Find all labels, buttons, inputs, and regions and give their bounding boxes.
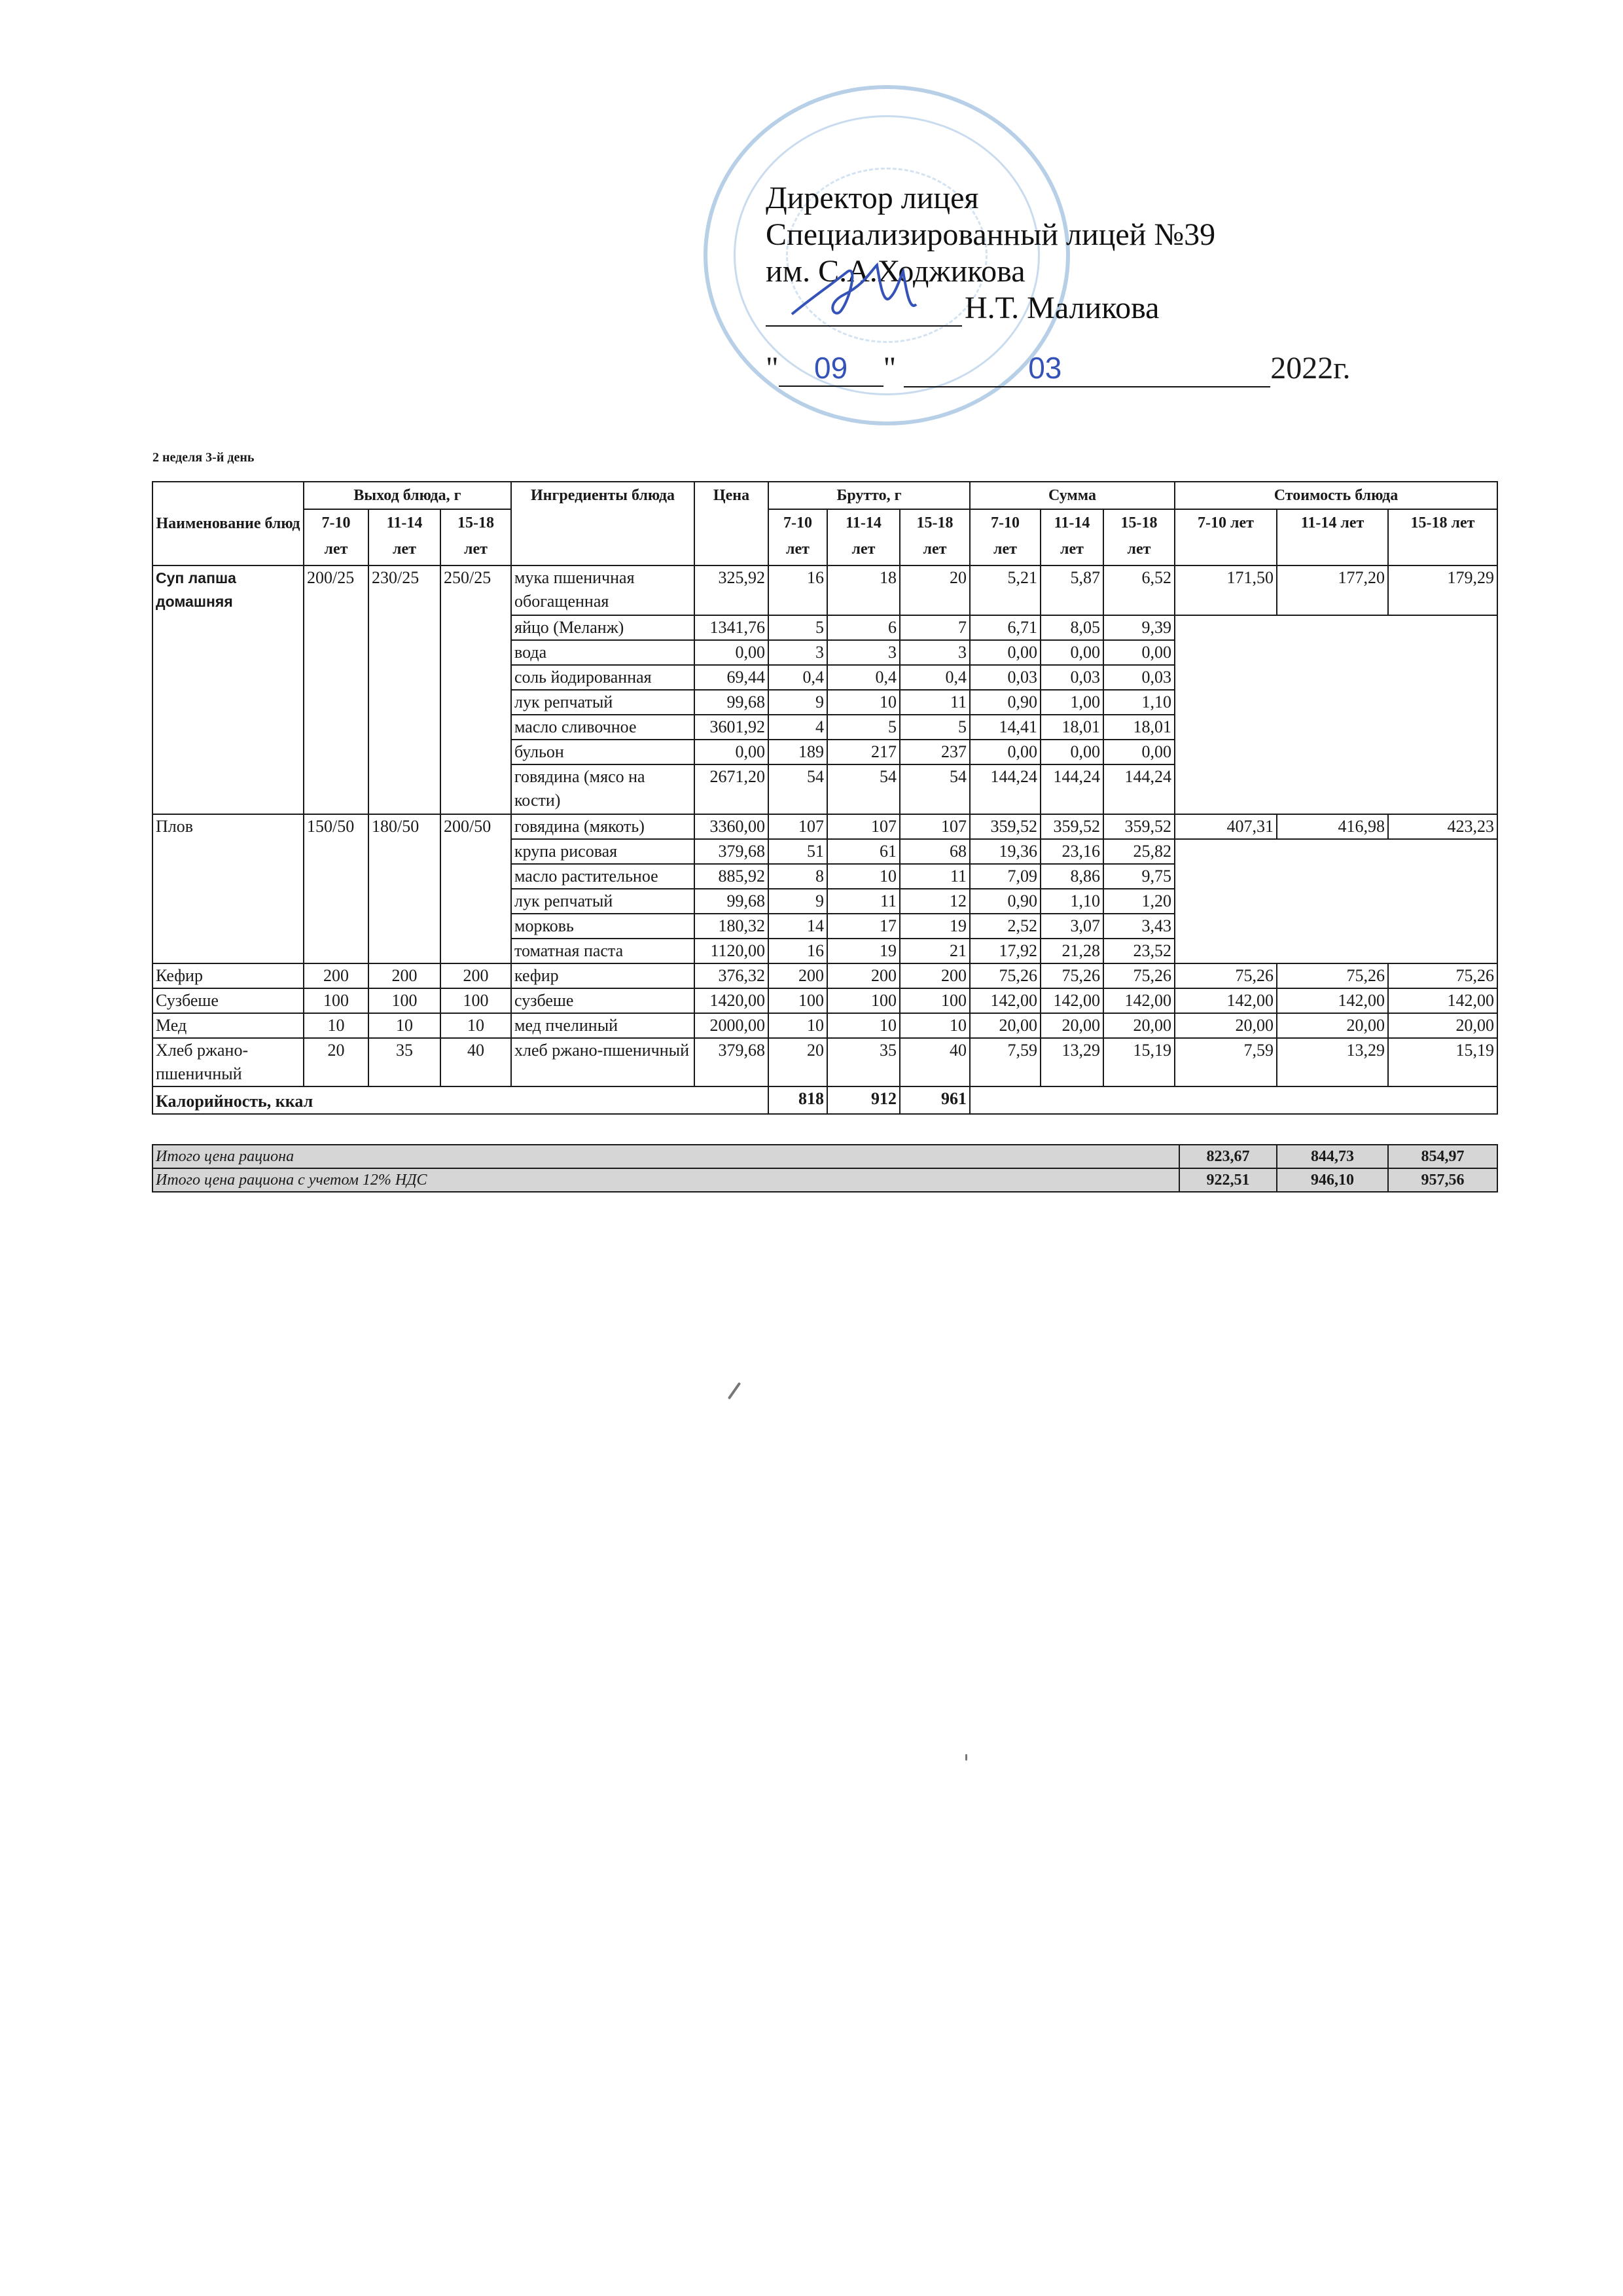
ingredient-brutto: 8	[768, 864, 827, 889]
ingredient-name: морковь	[511, 914, 694, 939]
header-brutto-age-11-14: 11-14 лет	[827, 509, 900, 565]
ingredient-sum: 1,20	[1103, 889, 1175, 914]
ingredient-sum: 144,24	[1041, 764, 1103, 814]
ingredient-price: 885,92	[694, 864, 768, 889]
totals-value: 922,51	[1179, 1168, 1277, 1192]
scan-mark	[965, 1754, 967, 1761]
header-output: Выход блюда, г	[304, 482, 511, 509]
ingredient-brutto: 100	[768, 988, 827, 1013]
ingredient-name: говядина (мясо на кости)	[511, 764, 694, 814]
ingredient-brutto: 107	[900, 814, 970, 839]
ingredient-price: 2671,20	[694, 764, 768, 814]
table-row: Плов150/50180/50200/50говядина (мякоть)3…	[152, 814, 1497, 839]
ingredient-sum: 1,10	[1103, 690, 1175, 715]
ingredient-brutto: 40	[900, 1038, 970, 1086]
ingredient-sum: 0,03	[1041, 665, 1103, 690]
ingredient-name: говядина (мякоть)	[511, 814, 694, 839]
dish-output: 100	[368, 988, 440, 1013]
ingredient-brutto: 0,4	[768, 665, 827, 690]
ingredient-brutto: 16	[768, 565, 827, 615]
dish-output: 100	[304, 988, 368, 1013]
dish-cost: 142,00	[1175, 988, 1277, 1013]
ingredient-sum: 0,00	[970, 640, 1041, 665]
ingredient-brutto: 18	[827, 565, 900, 615]
dish-output: 100	[440, 988, 511, 1013]
ingredient-brutto: 10	[827, 864, 900, 889]
ingredient-name: кефир	[511, 963, 694, 988]
table-row: Кефир200200200кефир376,3220020020075,267…	[152, 963, 1497, 988]
dish-output: 250/25	[440, 565, 511, 814]
ingredient-sum: 6,52	[1103, 565, 1175, 615]
totals-value: 957,56	[1388, 1168, 1497, 1192]
dish-output: 40	[440, 1038, 511, 1086]
dish-output: 230/25	[368, 565, 440, 814]
ingredient-sum: 1,10	[1041, 889, 1103, 914]
table-row: Суп лапша домашняя200/25230/25250/25мука…	[152, 565, 1497, 615]
ingredient-price: 1420,00	[694, 988, 768, 1013]
ingredient-name: хлеб ржано-пшеничный	[511, 1038, 694, 1086]
ingredient-sum: 20,00	[970, 1013, 1041, 1038]
ingredient-sum: 6,71	[970, 615, 1041, 640]
ingredient-sum: 20,00	[1041, 1013, 1103, 1038]
dish-cost: 20,00	[1175, 1013, 1277, 1038]
ingredient-brutto: 9	[768, 889, 827, 914]
ingredient-brutto: 16	[768, 939, 827, 963]
ingredient-sum: 17,92	[970, 939, 1041, 963]
ingredient-brutto: 12	[900, 889, 970, 914]
dish-output: 10	[368, 1013, 440, 1038]
ingredient-sum: 20,00	[1103, 1013, 1175, 1038]
header-output-age-15-18: 15-18 лет	[440, 509, 511, 565]
ingredient-sum: 75,26	[1041, 963, 1103, 988]
ingredient-brutto: 14	[768, 914, 827, 939]
dish-cost: 407,31	[1175, 814, 1277, 839]
dish-cost: 15,19	[1388, 1038, 1497, 1086]
dish-output: 150/50	[304, 814, 368, 963]
ingredient-brutto: 3	[827, 640, 900, 665]
ingredient-brutto: 10	[900, 1013, 970, 1038]
dish-output: 10	[440, 1013, 511, 1038]
ingredient-sum: 75,26	[1103, 963, 1175, 988]
ingredient-price: 1341,76	[694, 615, 768, 640]
ingredient-name: соль йодированная	[511, 665, 694, 690]
totals-row: Итого цена рациона823,67844,73854,97	[152, 1145, 1497, 1168]
approval-org: Специализированный лицей №39	[766, 217, 1215, 253]
ingredient-sum: 0,90	[970, 690, 1041, 715]
ingredient-sum: 142,00	[1041, 988, 1103, 1013]
ingredient-brutto: 237	[900, 740, 970, 764]
dish-name: Суп лапша домашняя	[152, 565, 304, 814]
table-row: Хлеб ржано-пшеничный203540хлеб ржано-пше…	[152, 1038, 1497, 1086]
dish-cost: 75,26	[1388, 963, 1497, 988]
ingredient-brutto: 217	[827, 740, 900, 764]
ingredient-brutto: 11	[900, 864, 970, 889]
ingredient-name: масло сливочное	[511, 715, 694, 740]
ingredient-sum: 142,00	[1103, 988, 1175, 1013]
totals-label: Итого цена рациона с учетом 12% НДС	[152, 1168, 1179, 1192]
calories-blank	[970, 1086, 1497, 1114]
ingredient-brutto: 68	[900, 839, 970, 864]
dish-cost-blank	[1175, 615, 1497, 814]
dish-cost: 75,26	[1175, 963, 1277, 988]
ingredient-brutto: 54	[900, 764, 970, 814]
ingredient-price: 379,68	[694, 839, 768, 864]
ingredient-sum: 0,90	[970, 889, 1041, 914]
dish-output: 35	[368, 1038, 440, 1086]
ingredient-sum: 144,24	[970, 764, 1041, 814]
scan-mark	[728, 1382, 741, 1400]
ingredient-sum: 142,00	[970, 988, 1041, 1013]
calories-value: 818	[768, 1086, 827, 1114]
ingredient-brutto: 4	[768, 715, 827, 740]
dish-output: 200	[304, 963, 368, 988]
ingredient-name: мука пшеничная обогащенная	[511, 565, 694, 615]
ingredient-brutto: 11	[827, 889, 900, 914]
ingredient-price: 0,00	[694, 640, 768, 665]
ingredient-sum: 0,03	[1103, 665, 1175, 690]
dish-output: 200	[440, 963, 511, 988]
ingredient-sum: 7,09	[970, 864, 1041, 889]
ingredient-brutto: 21	[900, 939, 970, 963]
dish-name: Кефир	[152, 963, 304, 988]
ingredient-brutto: 189	[768, 740, 827, 764]
dish-cost: 416,98	[1277, 814, 1388, 839]
ingredient-sum: 9,75	[1103, 864, 1175, 889]
ingredient-sum: 0,00	[970, 740, 1041, 764]
signature-underline	[766, 325, 962, 327]
approval-date: "09" 032022г.	[766, 350, 1350, 387]
ingredient-sum: 18,01	[1041, 715, 1103, 740]
header-output-age-7-10: 7-10 лет	[304, 509, 368, 565]
dish-name: Плов	[152, 814, 304, 963]
ingredient-sum: 25,82	[1103, 839, 1175, 864]
ingredient-price: 325,92	[694, 565, 768, 615]
ingredient-name: бульон	[511, 740, 694, 764]
ingredient-brutto: 3	[768, 640, 827, 665]
ingredient-sum: 0,00	[1041, 740, 1103, 764]
ingredient-brutto: 17	[827, 914, 900, 939]
calories-label: Калорийность, ккал	[152, 1086, 768, 1114]
ingredient-brutto: 107	[768, 814, 827, 839]
ingredient-sum: 0,03	[970, 665, 1041, 690]
header-sum-age-11-14: 11-14 лет	[1041, 509, 1103, 565]
totals-value: 854,97	[1388, 1145, 1497, 1168]
totals-value: 946,10	[1277, 1168, 1388, 1192]
ingredient-sum: 359,52	[1103, 814, 1175, 839]
dish-cost: 423,23	[1388, 814, 1497, 839]
ingredient-brutto: 35	[827, 1038, 900, 1086]
ingredient-brutto: 10	[768, 1013, 827, 1038]
ingredient-brutto: 19	[900, 914, 970, 939]
ingredient-sum: 5,87	[1041, 565, 1103, 615]
dish-cost-blank	[1175, 839, 1497, 963]
ingredient-name: томатная паста	[511, 939, 694, 963]
ingredient-sum: 23,16	[1041, 839, 1103, 864]
ingredient-brutto: 5	[827, 715, 900, 740]
dish-output: 200/25	[304, 565, 368, 814]
ingredient-brutto: 100	[827, 988, 900, 1013]
ingredient-price: 0,00	[694, 740, 768, 764]
ingredient-brutto: 5	[900, 715, 970, 740]
ingredient-brutto: 7	[900, 615, 970, 640]
ingredient-brutto: 10	[827, 1013, 900, 1038]
handwritten-signature-icon	[785, 259, 936, 321]
approval-title: Директор лицея	[766, 180, 1215, 217]
dish-name: Сузбеше	[152, 988, 304, 1013]
dish-cost: 179,29	[1388, 565, 1497, 615]
ingredient-brutto: 107	[827, 814, 900, 839]
ingredient-sum: 13,29	[1041, 1038, 1103, 1086]
ingredient-price: 3601,92	[694, 715, 768, 740]
calories-row: Калорийность, ккал818912961	[152, 1086, 1497, 1114]
dish-output: 200	[368, 963, 440, 988]
ingredient-brutto: 54	[768, 764, 827, 814]
ingredient-name: вода	[511, 640, 694, 665]
ingredient-price: 99,68	[694, 690, 768, 715]
ingredient-brutto: 19	[827, 939, 900, 963]
header-sum-age-7-10: 7-10 лет	[970, 509, 1041, 565]
ingredient-sum: 3,07	[1041, 914, 1103, 939]
dish-cost: 20,00	[1388, 1013, 1497, 1038]
dish-output: 20	[304, 1038, 368, 1086]
ingredient-brutto: 6	[827, 615, 900, 640]
totals-label: Итого цена рациона	[152, 1145, 1179, 1168]
ingredient-brutto: 20	[768, 1038, 827, 1086]
ingredient-price: 1120,00	[694, 939, 768, 963]
ingredient-brutto: 5	[768, 615, 827, 640]
date-month-line: 03	[904, 350, 1270, 387]
ingredient-name: яйцо (Меланж)	[511, 615, 694, 640]
ingredient-name: мед пчелиный	[511, 1013, 694, 1038]
dish-cost: 7,59	[1175, 1038, 1277, 1086]
ingredient-name: крупа рисовая	[511, 839, 694, 864]
header-dish-name: Наименование блюд	[152, 482, 304, 565]
totals-value: 844,73	[1277, 1145, 1388, 1168]
dish-output: 180/50	[368, 814, 440, 963]
header-price: Цена	[694, 482, 768, 565]
ingredient-sum: 8,86	[1041, 864, 1103, 889]
ingredient-sum: 0,00	[1041, 640, 1103, 665]
signatory-name: Н.Т. Маликова	[965, 291, 1159, 325]
ingredient-name: сузбеше	[511, 988, 694, 1013]
dish-cost: 142,00	[1277, 988, 1388, 1013]
date-year: 2022г.	[1270, 351, 1350, 386]
ingredient-brutto: 20	[900, 565, 970, 615]
header-cost-age-7-10: 7-10 лет	[1175, 509, 1277, 565]
ingredient-sum: 18,01	[1103, 715, 1175, 740]
dish-cost: 75,26	[1277, 963, 1388, 988]
dish-cost: 13,29	[1277, 1038, 1388, 1086]
menu-table: Наименование блюд Выход блюда, г Ингреди…	[152, 481, 1498, 1115]
ingredient-brutto: 0,4	[827, 665, 900, 690]
header-brutto: Брутто, г	[768, 482, 970, 509]
dish-cost: 142,00	[1388, 988, 1497, 1013]
table-row: Сузбеше100100100сузбеше1420,001001001001…	[152, 988, 1497, 1013]
ingredient-price: 69,44	[694, 665, 768, 690]
ingredient-brutto: 0,4	[900, 665, 970, 690]
ingredient-brutto: 200	[768, 963, 827, 988]
ingredient-sum: 9,39	[1103, 615, 1175, 640]
ingredient-brutto: 9	[768, 690, 827, 715]
ingredient-price: 376,32	[694, 963, 768, 988]
header-output-age-11-14: 11-14 лет	[368, 509, 440, 565]
ingredient-sum: 0,00	[1103, 740, 1175, 764]
header-ingredients: Ингредиенты блюда	[511, 482, 694, 565]
ingredient-sum: 15,19	[1103, 1038, 1175, 1086]
ingredient-brutto: 100	[900, 988, 970, 1013]
date-month: 03	[1028, 351, 1061, 385]
ingredient-brutto: 200	[827, 963, 900, 988]
header-brutto-age-15-18: 15-18 лет	[900, 509, 970, 565]
ingredient-sum: 21,28	[1041, 939, 1103, 963]
dish-cost: 171,50	[1175, 565, 1277, 615]
ingredient-name: масло растительное	[511, 864, 694, 889]
calories-value: 961	[900, 1086, 970, 1114]
ingredient-brutto: 10	[827, 690, 900, 715]
ingredient-price: 3360,00	[694, 814, 768, 839]
ingredient-sum: 3,43	[1103, 914, 1175, 939]
header-sum-age-15-18: 15-18 лет	[1103, 509, 1175, 565]
table-row: Мед101010мед пчелиный2000,0010101020,002…	[152, 1013, 1497, 1038]
ingredient-sum: 14,41	[970, 715, 1041, 740]
ingredient-sum: 359,52	[1041, 814, 1103, 839]
ingredient-brutto: 51	[768, 839, 827, 864]
ingredient-price: 99,68	[694, 889, 768, 914]
ingredient-sum: 2,52	[970, 914, 1041, 939]
ingredient-sum: 5,21	[970, 565, 1041, 615]
header-cost-age-15-18: 15-18 лет	[1388, 509, 1497, 565]
ingredient-name: лук репчатый	[511, 889, 694, 914]
section-title: 2 неделя 3-й день	[152, 450, 254, 465]
ingredient-brutto: 11	[900, 690, 970, 715]
totals-value: 823,67	[1179, 1145, 1277, 1168]
ingredient-sum: 23,52	[1103, 939, 1175, 963]
header-dish-cost: Стоимость блюда	[1175, 482, 1497, 509]
ingredient-price: 180,32	[694, 914, 768, 939]
ingredient-sum: 0,00	[1103, 640, 1175, 665]
header-sum: Сумма	[970, 482, 1175, 509]
ingredient-name: лук репчатый	[511, 690, 694, 715]
totals-table: Итого цена рациона823,67844,73854,97Итог…	[152, 1144, 1498, 1193]
ingredient-brutto: 54	[827, 764, 900, 814]
header-cost-age-11-14: 11-14 лет	[1277, 509, 1388, 565]
ingredient-sum: 7,59	[970, 1038, 1041, 1086]
ingredient-sum: 359,52	[970, 814, 1041, 839]
ingredient-price: 2000,00	[694, 1013, 768, 1038]
dish-name: Мед	[152, 1013, 304, 1038]
totals-row: Итого цена рациона с учетом 12% НДС922,5…	[152, 1168, 1497, 1192]
ingredient-sum: 8,05	[1041, 615, 1103, 640]
ingredient-sum: 1,00	[1041, 690, 1103, 715]
dish-cost: 177,20	[1277, 565, 1388, 615]
ingredient-sum: 144,24	[1103, 764, 1175, 814]
date-day: 09	[779, 350, 883, 387]
dish-name: Хлеб ржано-пшеничный	[152, 1038, 304, 1086]
ingredient-price: 379,68	[694, 1038, 768, 1086]
ingredient-brutto: 200	[900, 963, 970, 988]
ingredient-sum: 19,36	[970, 839, 1041, 864]
ingredient-sum: 75,26	[970, 963, 1041, 988]
dish-output: 10	[304, 1013, 368, 1038]
ingredient-brutto: 61	[827, 839, 900, 864]
header-brutto-age-7-10: 7-10 лет	[768, 509, 827, 565]
dish-output: 200/50	[440, 814, 511, 963]
calories-value: 912	[827, 1086, 900, 1114]
ingredient-brutto: 3	[900, 640, 970, 665]
dish-cost: 20,00	[1277, 1013, 1388, 1038]
